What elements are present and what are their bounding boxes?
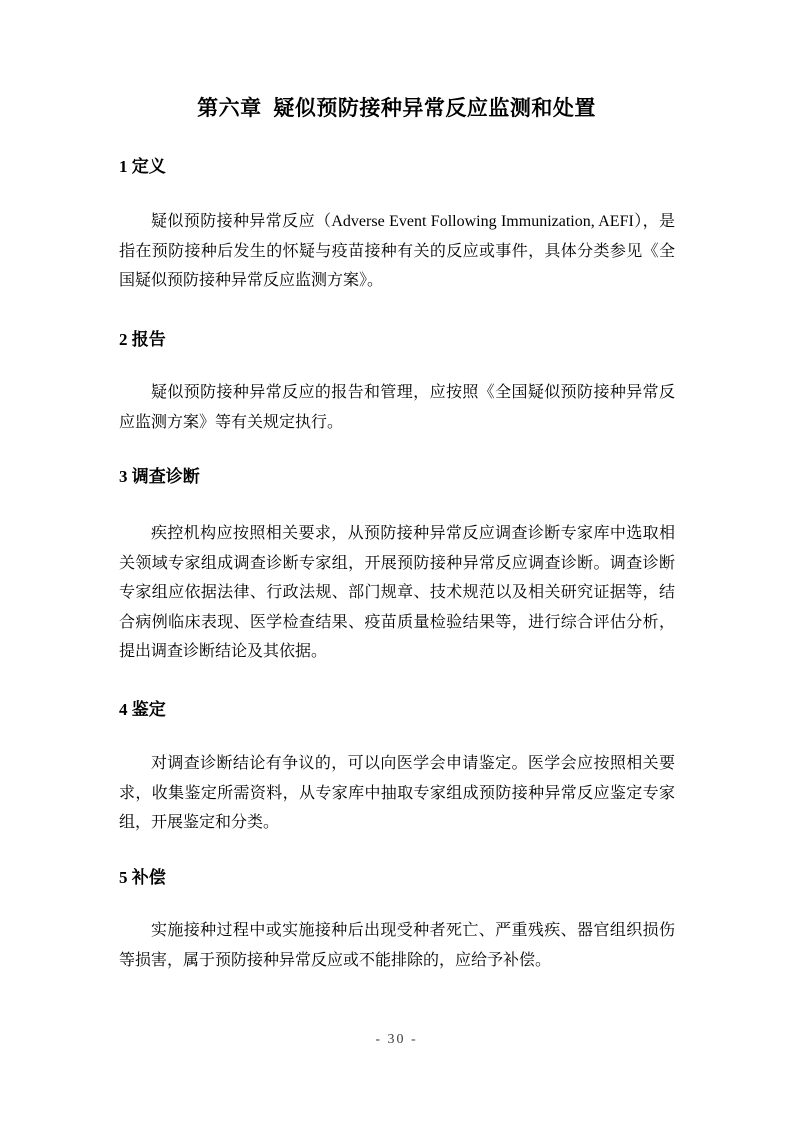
section-1-paragraph: 疑似预防接种异常反应（Adverse Event Following Immun… <box>119 207 675 296</box>
section-5-paragraph: 实施接种过程中或实施接种后出现受种者死亡、严重残疾、器官组织损伤 等损害，属于预… <box>119 916 675 975</box>
paragraph-line: 指在预防接种后发生的怀疑与疫苗接种有关的反应或事件，具体分类参见《全 <box>119 237 675 267</box>
paragraph-line: 等损害，属于预防接种异常反应或不能排除的，应给予补偿。 <box>119 946 675 976</box>
section-2-heading: 2 报告 <box>119 325 675 355</box>
paragraph-line: 专家组应依据法律、行政法规、部门规章、技术规范以及相关研究证据等，结 <box>119 578 675 608</box>
paragraph-line: 关领域专家组成调查诊断专家组，开展预防接种异常反应调查诊断。调查诊断 <box>119 549 675 579</box>
paragraph-line: 组，开展鉴定和分类。 <box>119 808 675 838</box>
section-4-heading: 4 鉴定 <box>119 695 675 725</box>
section-4-paragraph: 对调查诊断结论有争议的，可以向医学会申请鉴定。医学会应按照相关要 求，收集鉴定所… <box>119 749 675 838</box>
paragraph-line: 提出调查诊断结论及其依据。 <box>119 637 675 667</box>
paragraph-line: 应监测方案》等有关规定执行。 <box>119 408 675 438</box>
chapter-title: 第六章 疑似预防接种异常反应监测和处置 <box>0 93 793 123</box>
paragraph-line: 求，收集鉴定所需资料，从专家库中抽取专家组成预防接种异常反应鉴定专家 <box>119 779 675 809</box>
section-2-paragraph: 疑似预防接种异常反应的报告和管理，应按照《全国疑似预防接种异常反 应监测方案》等… <box>119 378 675 437</box>
paragraph-line: 对调查诊断结论有争议的，可以向医学会申请鉴定。医学会应按照相关要 <box>119 749 675 779</box>
section-3-paragraph: 疾控机构应按照相关要求，从预防接种异常反应调查诊断专家库中选取相 关领域专家组成… <box>119 519 675 667</box>
section-1-heading: 1 定义 <box>119 152 675 182</box>
document-page: 第六章 疑似预防接种异常反应监测和处置 1 定义 疑似预防接种异常反应（Adve… <box>0 0 793 1122</box>
paragraph-line: 疾控机构应按照相关要求，从预防接种异常反应调查诊断专家库中选取相 <box>119 519 675 549</box>
section-3-heading: 3 调查诊断 <box>119 462 675 492</box>
paragraph-line: 实施接种过程中或实施接种后出现受种者死亡、严重残疾、器官组织损伤 <box>119 916 675 946</box>
paragraph-line: 疑似预防接种异常反应的报告和管理，应按照《全国疑似预防接种异常反 <box>119 378 675 408</box>
paragraph-line: 疑似预防接种异常反应（Adverse Event Following Immun… <box>119 207 675 237</box>
paragraph-line: 合病例临床表现、医学检查结果、疫苗质量检验结果等，进行综合评估分析， <box>119 608 675 638</box>
paragraph-line: 国疑似预防接种异常反应监测方案》。 <box>119 266 675 296</box>
page-number: - 30 - <box>0 1030 793 1050</box>
section-5-heading: 5 补偿 <box>119 863 675 893</box>
